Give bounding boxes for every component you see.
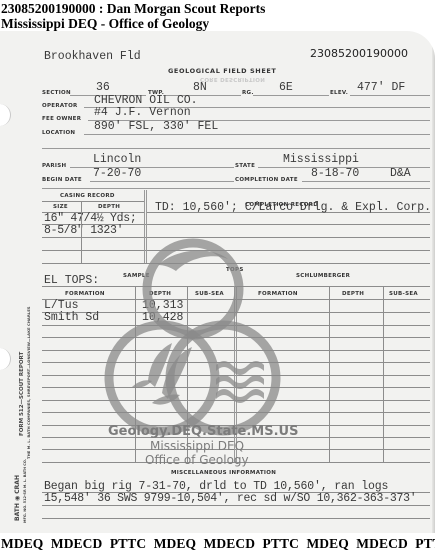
schl-col-depth: DEPTH	[342, 291, 364, 297]
report-subtitle: Mississippi DEQ - Office of Geology	[1, 16, 209, 31]
schl-col-sub-sea: SUB-SEA	[389, 291, 418, 297]
brand-print: BATH ◉ CRAH	[14, 475, 21, 521]
field-name: Brookhaven Fld	[44, 50, 141, 63]
sample-title: SAMPLE	[123, 273, 150, 279]
brand-sub-print: MFG. NO. 512-SR M. L. BATH CO.	[23, 459, 27, 523]
rg-value: 6E	[279, 81, 293, 94]
sample-col-sub-sea: SUB-SEA	[195, 291, 224, 297]
sample-col-depth: DEPTH	[149, 291, 171, 297]
section-label: SECTION	[42, 90, 71, 96]
schlumberger-title: SCHLUMBERGER	[296, 273, 350, 279]
location-value: 890' FSL, 330' FEL	[94, 120, 218, 133]
casing-row: 8-5/8" 1323'	[44, 224, 123, 237]
parish-label: PARISH	[42, 163, 66, 169]
row-depth: 10,428	[142, 311, 183, 324]
scout-report-card: Brookhaven Fld 23085200190000 GEOLOGICAL…	[0, 31, 435, 533]
completion-status: D&A	[390, 167, 411, 180]
elev-value: 477' DF	[357, 81, 405, 94]
api-number: 23085200190000	[310, 47, 408, 60]
misc-line: 15,548' 36 SWS 9799-10,504', rec sd w/SO…	[44, 492, 416, 505]
misc-title: MISCELLANEOUS INFORMATION	[171, 470, 276, 476]
fee-owner-label: FEE OWNER	[42, 116, 81, 122]
report-title: 23085200190000 : Dan Morgan Scout Report…	[1, 1, 265, 16]
location-label: LOCATION	[42, 130, 75, 136]
punch-hole	[0, 104, 11, 126]
watermark-agency: Mississippi DEQ	[150, 439, 244, 453]
begin-date-value: 7-20-70	[93, 167, 141, 180]
completion-date-value: 8-18-70	[311, 167, 359, 180]
footer-banner: MDEQ MDECD PTTC MDEQ MDECD PTTC MDEQ MDE…	[1, 536, 435, 552]
punch-hole	[0, 348, 11, 370]
row-formation: Smith Sd	[44, 311, 99, 324]
form-number-print: FORM 512—SCOUT REPORT	[19, 352, 25, 436]
publisher-print: THE M. L. BATH COMPANIES, SHREVEPORT—LON…	[26, 306, 31, 459]
state-value: Mississippi	[283, 153, 359, 166]
parish-value: Lincoln	[93, 153, 141, 166]
casing-col-depth: DEPTH	[98, 204, 120, 210]
tops-title: TOPS	[226, 267, 244, 273]
casing-col-size: SIZE	[53, 204, 68, 210]
watermark-url: Geology.DEQ.State.MS.US	[108, 424, 298, 439]
rg-label: RG.	[242, 90, 254, 96]
elev-label: ELEV.	[330, 90, 348, 96]
faint-overprint: CORE DESCRIPTION	[200, 76, 265, 82]
section-value: 36	[96, 81, 110, 94]
begin-date-label: BEGIN DATE	[42, 177, 82, 183]
sheet-title: GEOLOGICAL FIELD SHEET	[168, 67, 276, 75]
sample-col-formation: FORMATION	[65, 291, 105, 297]
schl-col-formation: FORMATION	[258, 291, 298, 297]
watermark-office: Office of Geology	[145, 453, 249, 467]
completion-date-label: COMPLETION DATE	[235, 177, 298, 183]
twp-value: 8N	[193, 81, 207, 94]
operator-label: OPERATOR	[42, 103, 78, 109]
completion-record-line: TD: 10,560'; C/Larco Drlg. & Expl. Corp.	[155, 201, 431, 214]
fee-owner-value: #4 J.F. Vernon	[94, 106, 191, 119]
casing-record-title: CASING RECORD	[60, 193, 115, 199]
state-label: STATE	[235, 163, 255, 169]
